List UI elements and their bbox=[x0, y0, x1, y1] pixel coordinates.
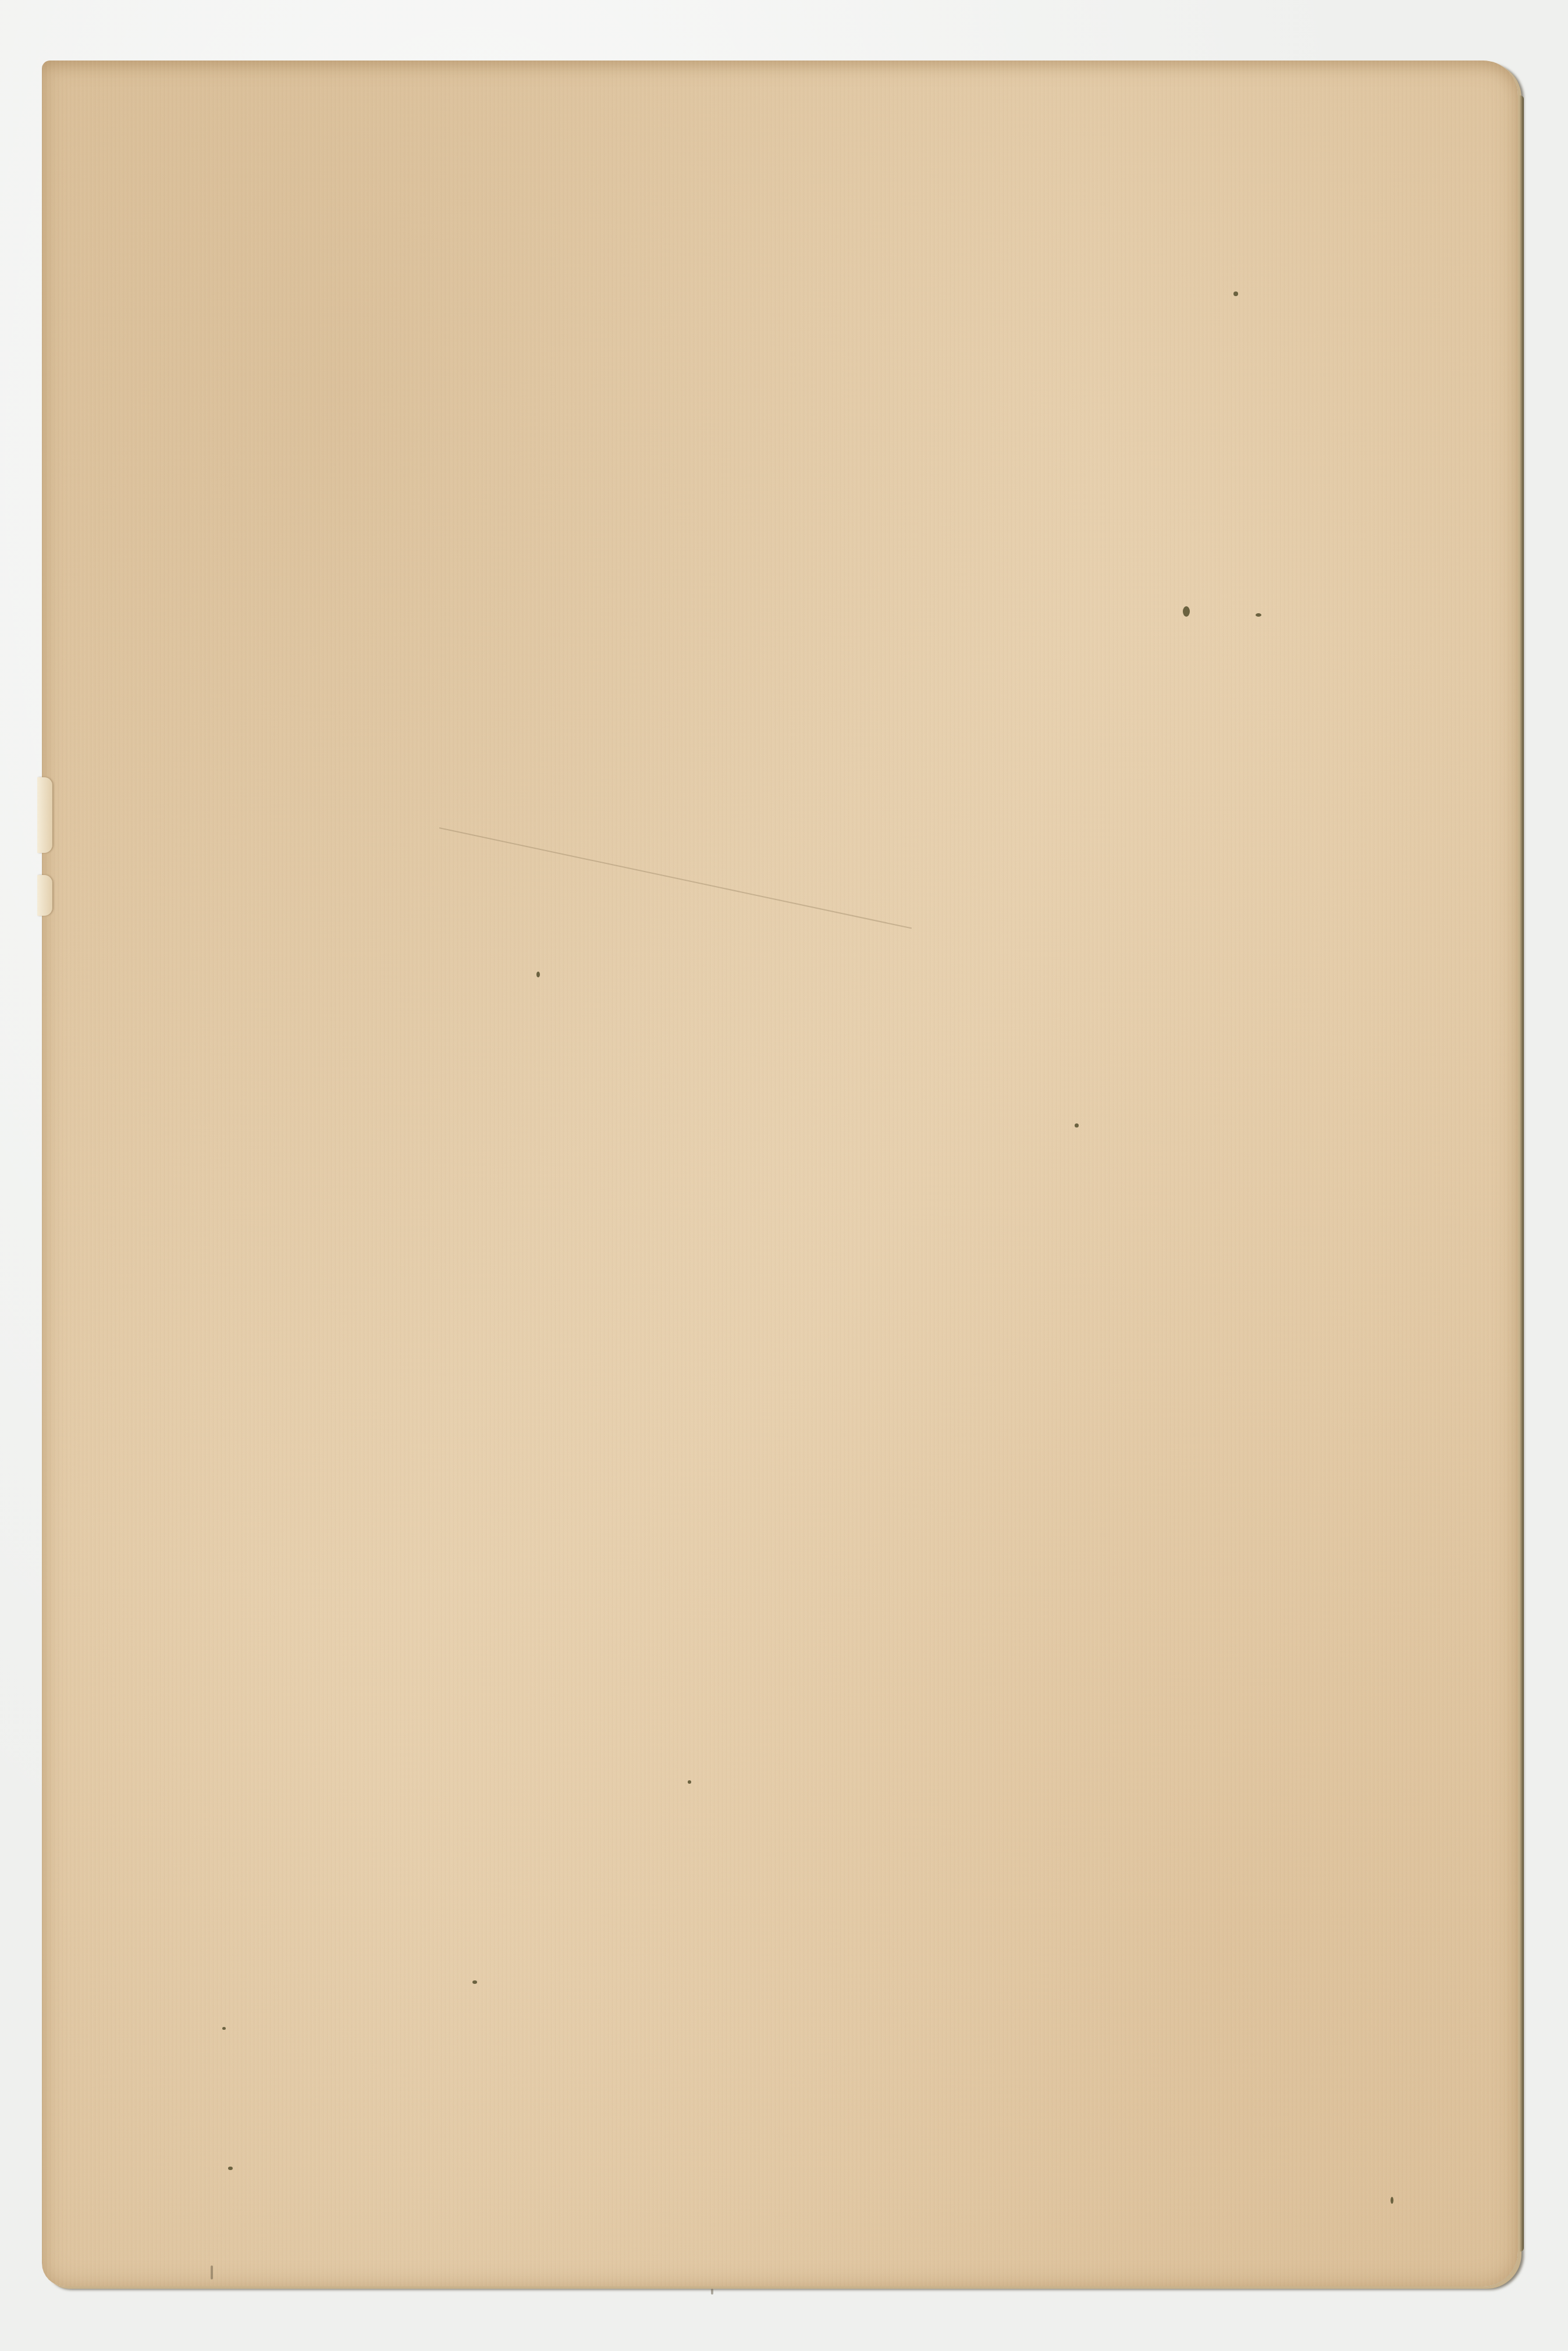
torn-edge-lower bbox=[37, 875, 52, 916]
crease-line bbox=[439, 827, 912, 929]
speck bbox=[472, 1980, 477, 1984]
card-right-edge bbox=[1519, 95, 1524, 2252]
speck bbox=[222, 2027, 226, 2030]
scuff-mark bbox=[211, 2265, 213, 2279]
scuff-mark bbox=[711, 2289, 713, 2295]
speck bbox=[228, 2167, 233, 2170]
speck bbox=[1075, 1123, 1079, 1128]
cabinet-card-back bbox=[42, 61, 1518, 2286]
stain-spot bbox=[1183, 606, 1190, 617]
speck bbox=[1391, 2197, 1393, 2204]
speck bbox=[1256, 613, 1261, 617]
speck bbox=[688, 1780, 691, 1784]
speck bbox=[1233, 291, 1238, 296]
torn-edge-upper bbox=[37, 777, 52, 853]
speck bbox=[536, 972, 540, 977]
